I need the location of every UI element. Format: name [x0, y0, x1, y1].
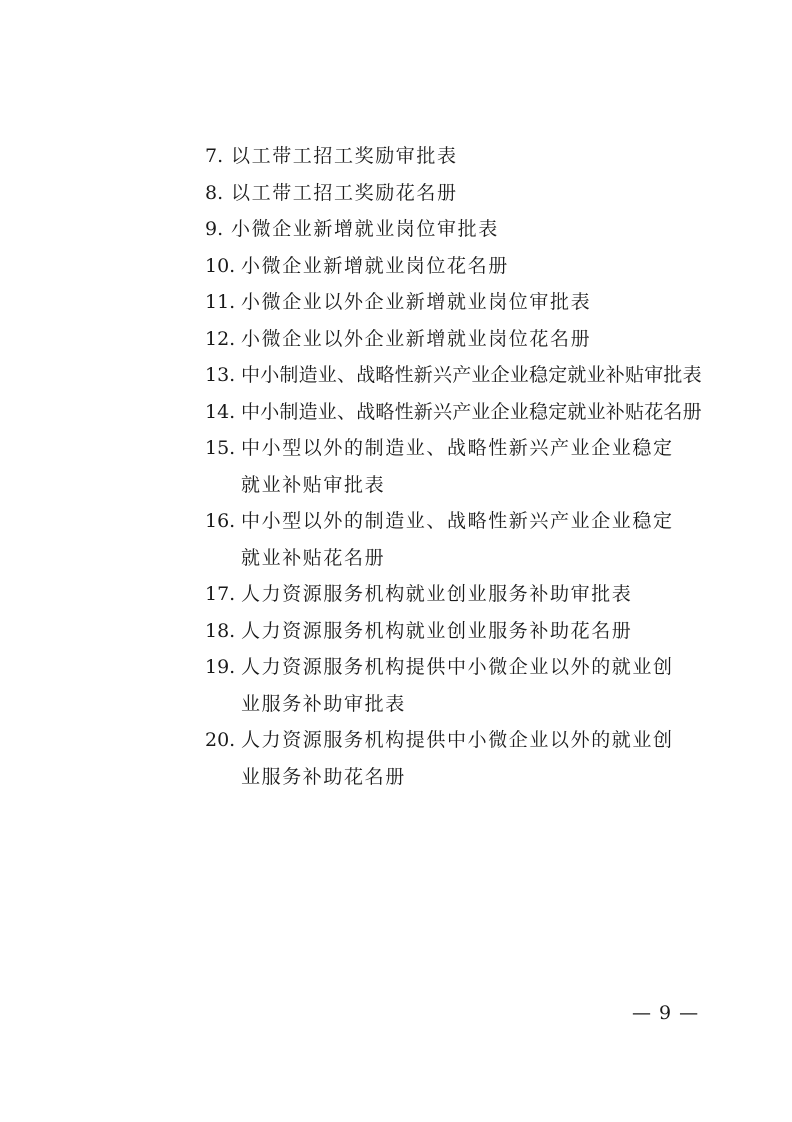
item-number: 7. [205, 138, 231, 175]
item-text: 人力资源服务机构就业创业服务补助审批表 [241, 576, 705, 613]
item-text: 小微企业新增就业岗位审批表 [231, 211, 705, 248]
list-item: 8. 以工带工招工奖励花名册 [205, 175, 705, 212]
item-number: 10. [205, 248, 241, 285]
item-text: 小微企业以外企业新增就业岗位花名册 [241, 321, 705, 358]
item-text: 小微企业新增就业岗位花名册 [241, 248, 705, 285]
item-number: 17. [205, 576, 241, 613]
list-item: 18. 人力资源服务机构就业创业服务补助花名册 [205, 613, 705, 650]
item-text: 小微企业以外企业新增就业岗位审批表 [241, 284, 705, 321]
item-number: 16. [205, 503, 241, 576]
page-number: — 9 — [632, 1002, 699, 1024]
item-number: 9. [205, 211, 231, 248]
item-number: 8. [205, 175, 231, 212]
list-item: 13. 中小制造业、战略性新兴产业企业稳定就业补贴审批表 [205, 357, 705, 394]
list-item: 9. 小微企业新增就业岗位审批表 [205, 211, 705, 248]
item-text-continuation: 业服务补助花名册 [241, 759, 705, 796]
list-item: 19. 人力资源服务机构提供中小微企业以外的就业创 业服务补助审批表 [205, 649, 705, 722]
list-item: 12. 小微企业以外企业新增就业岗位花名册 [205, 321, 705, 358]
item-number: 19. [205, 649, 241, 722]
list-item: 10. 小微企业新增就业岗位花名册 [205, 248, 705, 285]
item-number: 15. [205, 430, 241, 503]
item-number: 13. [205, 357, 241, 394]
list-item: 20. 人力资源服务机构提供中小微企业以外的就业创 业服务补助花名册 [205, 722, 705, 795]
item-text-continuation: 就业补贴花名册 [241, 540, 705, 577]
item-text-continuation: 业服务补助审批表 [241, 686, 705, 723]
item-number: 11. [205, 284, 241, 321]
form-list: 7. 以工带工招工奖励审批表 8. 以工带工招工奖励花名册 9. 小微企业新增就… [205, 138, 705, 795]
list-item: 16. 中小型以外的制造业、战略性新兴产业企业稳定 就业补贴花名册 [205, 503, 705, 576]
list-item: 14. 中小制造业、战略性新兴产业企业稳定就业补贴花名册 [205, 394, 705, 431]
item-text: 以工带工招工奖励花名册 [231, 175, 705, 212]
item-number: 20. [205, 722, 241, 795]
item-number: 12. [205, 321, 241, 358]
item-text: 以工带工招工奖励审批表 [231, 138, 705, 175]
item-number: 18. [205, 613, 241, 650]
list-item: 11. 小微企业以外企业新增就业岗位审批表 [205, 284, 705, 321]
item-text: 中小制造业、战略性新兴产业企业稳定就业补贴花名册 [241, 394, 705, 431]
list-item: 17. 人力资源服务机构就业创业服务补助审批表 [205, 576, 705, 613]
item-text: 人力资源服务机构提供中小微企业以外的就业创 [241, 722, 705, 759]
list-item: 7. 以工带工招工奖励审批表 [205, 138, 705, 175]
item-text: 人力资源服务机构就业创业服务补助花名册 [241, 613, 705, 650]
document-page: 7. 以工带工招工奖励审批表 8. 以工带工招工奖励花名册 9. 小微企业新增就… [0, 0, 792, 1122]
item-text: 中小型以外的制造业、战略性新兴产业企业稳定 [241, 430, 705, 467]
item-text: 中小制造业、战略性新兴产业企业稳定就业补贴审批表 [241, 357, 705, 394]
item-text-continuation: 就业补贴审批表 [241, 467, 705, 504]
list-item: 15. 中小型以外的制造业、战略性新兴产业企业稳定 就业补贴审批表 [205, 430, 705, 503]
item-text: 人力资源服务机构提供中小微企业以外的就业创 [241, 649, 705, 686]
item-number: 14. [205, 394, 241, 431]
item-text: 中小型以外的制造业、战略性新兴产业企业稳定 [241, 503, 705, 540]
